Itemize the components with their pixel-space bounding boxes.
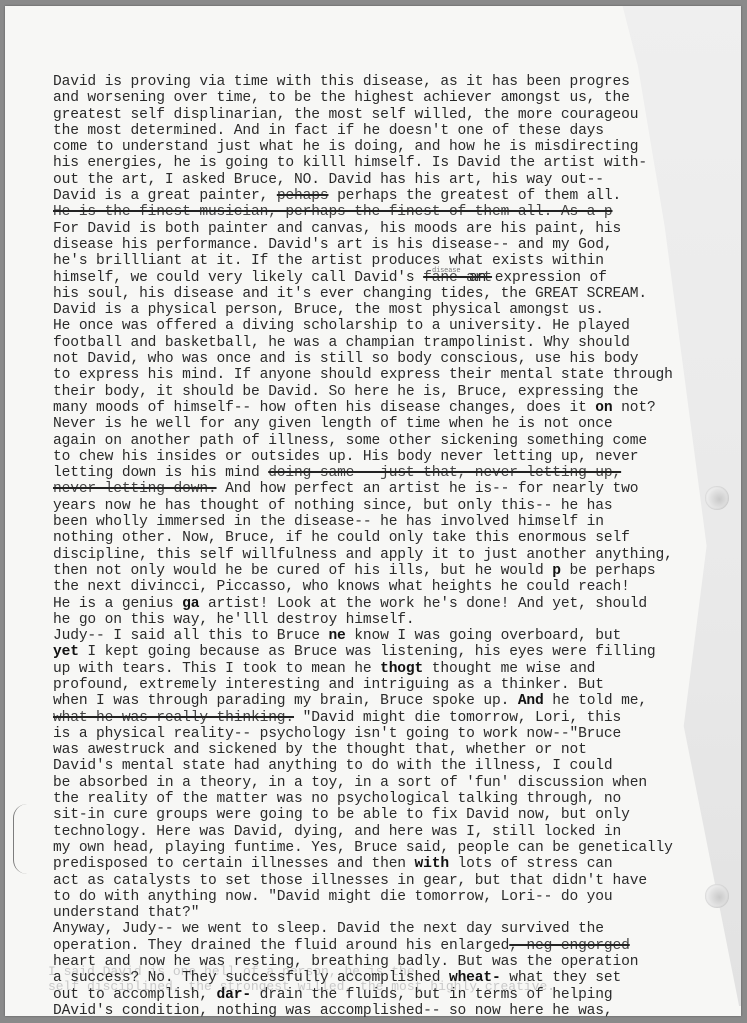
text-segment: operation. They drained the fluid around… (53, 938, 509, 954)
struck-text: never letting down. (53, 481, 217, 497)
text-line: he's brillliant at it. If the artist pro… (53, 253, 673, 269)
text-segment: a success? No. They successfully accompl… (53, 970, 449, 986)
text-segment: come to understand just what he is doing… (53, 139, 638, 155)
text-line: to chew his insides or outsides up. His … (53, 449, 673, 465)
text-segment: the most determined. And in fact if he d… (53, 123, 604, 139)
overtyped-text: on (595, 400, 612, 416)
text-segment: disease his performance. David's art is … (53, 237, 613, 253)
text-segment: He is a genius (53, 596, 182, 612)
text-segment: discipline, this self willfulness and ap… (53, 547, 673, 563)
text-line: to do with anything now. "David might di… (53, 889, 673, 905)
text-line: a success? No. They successfully accompl… (53, 970, 673, 986)
text-segment: their body, it should be David. So here … (53, 384, 638, 400)
punch-hole (705, 486, 729, 510)
text-line: his energies, he is going to killl himse… (53, 155, 673, 171)
text-line: not David, who was once and is still so … (53, 351, 673, 367)
margin-bracket-mark (13, 804, 32, 874)
text-line: Anyway, Judy-- we went to sleep. David t… (53, 921, 673, 937)
text-line: sit-in cure groups were going to be able… (53, 807, 673, 823)
struck-text: pehaps (277, 188, 329, 204)
text-line: the reality of the matter was no psychol… (53, 791, 673, 807)
text-segment: Judy-- I said all this to Bruce (53, 628, 328, 644)
text-segment: greatest self displinarian, the most sel… (53, 107, 638, 123)
text-segment: to express his mind. If anyone should ex… (53, 367, 673, 383)
struck-text: what he was really thinking. (53, 710, 294, 726)
text-line: then not only would he be cured of his i… (53, 563, 673, 579)
overtyped-text: p (552, 563, 561, 579)
text-line: Never is he well for any given length of… (53, 416, 673, 432)
text-line: years now he has thought of nothing sinc… (53, 498, 673, 514)
text-line: he go on this way, he'lll destroy himsel… (53, 612, 673, 628)
text-segment: act as catalysts to set those illnesses … (53, 873, 647, 889)
overtyped-text: dar- (217, 987, 251, 1003)
text-segment: my own head, playing funtime. Yes, Bruce… (53, 840, 673, 856)
punch-hole (705, 884, 729, 908)
text-line: to express his mind. If anyone should ex… (53, 367, 673, 383)
text-segment: what they set (501, 970, 622, 986)
text-line: out the art, I asked Bruce, NO. David ha… (53, 172, 673, 188)
text-line: what he was really thinking. "David migh… (53, 710, 673, 726)
overtyped-text: And (518, 693, 544, 709)
text-segment: And how perfect an artist he is-- for ne… (217, 481, 639, 497)
text-segment: up with tears. This I took to mean he (53, 661, 380, 677)
text-segment: not David, who was once and is still so … (53, 351, 638, 367)
text-segment: the reality of the matter was no psychol… (53, 791, 621, 807)
text-line: operation. They drained the fluid around… (53, 938, 673, 954)
text-segment: when I was through parading my brain, Br… (53, 693, 518, 709)
text-segment: thought me wise and (423, 661, 595, 677)
text-line: when I was through parading my brain, Br… (53, 693, 673, 709)
text-line: my own head, playing funtime. Yes, Bruce… (53, 840, 673, 856)
text-segment: to chew his insides or outsides up. His … (53, 449, 638, 465)
text-segment: perhaps the greatest of them all. (328, 188, 621, 204)
text-line: letting down is his mind doing same-- ju… (53, 465, 673, 481)
text-segment: artist! Look at the work he's done! And … (199, 596, 647, 612)
text-line: nothing other. Now, Bruce, if he could o… (53, 530, 673, 546)
overtyped-text: yet (53, 644, 79, 660)
text-line: is a physical reality-- psychology isn't… (53, 726, 673, 742)
text-line: been wholly immersed in the disease-- he… (53, 514, 673, 530)
handwritten-insert: disease (432, 267, 460, 275)
text-segment: years now he has thought of nothing sinc… (53, 498, 613, 514)
text-segment: DAvid's condition, nothing was accomplis… (53, 1003, 613, 1019)
struck-text: He is the finest musician, perhaps the f… (53, 204, 613, 220)
text-line: come to understand just what he is doing… (53, 139, 673, 155)
text-segment: lots of stress can (449, 856, 613, 872)
overtyped-text: ga (182, 596, 199, 612)
text-line: David's mental state had anything to do … (53, 758, 673, 774)
overtyped-text: wheat- (449, 970, 501, 986)
text-segment: For David is both painter and canvas, hi… (53, 221, 621, 237)
text-line: himself, we could very likely call David… (53, 270, 673, 286)
text-line: David is proving via time with this dise… (53, 74, 673, 90)
text-line: disease his performance. David's art is … (53, 237, 673, 253)
struck-text: doing same-- just that, never letting up… (268, 465, 621, 481)
text-segment: sit-in cure groups were going to be able… (53, 807, 630, 823)
text-segment: David is proving via time with this dise… (53, 74, 630, 90)
text-segment: out to accomplish, (53, 987, 217, 1003)
text-segment: many moods of himself-- how often his di… (53, 400, 595, 416)
text-segment: he's brillliant at it. If the artist pro… (53, 253, 604, 269)
text-segment: profound, extremely interesting and intr… (53, 677, 604, 693)
text-segment: the next divincci, Piccasso, who knows w… (53, 579, 630, 595)
text-segment: predisposed to certain illnesses and the… (53, 856, 415, 872)
overtyped-text: ne (328, 628, 345, 644)
text-segment: then not only would he be cured of his i… (53, 563, 552, 579)
text-line: greatest self displinarian, the most sel… (53, 107, 673, 123)
text-segment: heart and now he was resting, breathing … (53, 954, 638, 970)
text-segment: he go on this way, he'lll destroy himsel… (53, 612, 415, 628)
text-line: be absorbed in a theory, in a toy, in a … (53, 775, 673, 791)
text-segment: understand that?" (53, 905, 199, 921)
text-segment: been wholly immersed in the disease-- he… (53, 514, 604, 530)
text-segment: technology. Here was David, dying, and h… (53, 824, 621, 840)
typewritten-body: David is proving via time with this dise… (53, 74, 673, 1019)
text-segment: be absorbed in a theory, in a toy, in a … (53, 775, 647, 791)
text-segment: his energies, he is going to killl himse… (53, 155, 647, 171)
text-line: DAvid's condition, nothing was accomplis… (53, 1003, 673, 1019)
text-line: football and basketball, he was a champi… (53, 335, 673, 351)
text-line: He is the finest musician, perhaps the f… (53, 204, 673, 220)
text-segment: David's mental state had anything to do … (53, 758, 613, 774)
text-segment: his soul, his disease and it's ever chan… (53, 286, 647, 302)
overtyped-text: with (415, 856, 449, 872)
text-line: was awestruck and sickened by the though… (53, 742, 673, 758)
text-line: act as catalysts to set those illnesses … (53, 873, 673, 889)
text-segment: nothing other. Now, Bruce, if he could o… (53, 530, 630, 546)
text-line: discipline, this self willfulness and ap… (53, 547, 673, 563)
text-segment: know I was going overboard, but (346, 628, 621, 644)
text-line: He once was offered a diving scholarship… (53, 318, 673, 334)
text-segment: David is a great painter, (53, 188, 277, 204)
text-segment: and worsening over time, to be the highe… (53, 90, 630, 106)
text-line: the most determined. And in fact if he d… (53, 123, 673, 139)
text-segment: is a physical reality-- psychology isn't… (53, 726, 621, 742)
text-line: up with tears. This I took to mean he th… (53, 661, 673, 677)
text-line: understand that?" (53, 905, 673, 921)
text-segment: be perhaps (561, 563, 656, 579)
text-segment: he told me, (544, 693, 647, 709)
text-line: Judy-- I said all this to Bruce ne know … (53, 628, 673, 644)
text-line: their body, it should be David. So here … (53, 384, 673, 400)
text-segment: Never is he well for any given length of… (53, 416, 613, 432)
text-line: many moods of himself-- how often his di… (53, 400, 673, 416)
text-line: out to accomplish, dar- drain the fluids… (53, 987, 673, 1003)
struck-text: , neg engorged (509, 938, 630, 954)
text-line: heart and now he was resting, breathing … (53, 954, 673, 970)
text-segment: out the art, I asked Bruce, NO. David ha… (53, 172, 604, 188)
text-segment: drain the fluids, but in terms of helpin… (251, 987, 613, 1003)
text-line: David is a great painter, pehaps perhaps… (53, 188, 673, 204)
text-line: yet I kept going because as Bruce was li… (53, 644, 673, 660)
text-line: predisposed to certain illnesses and the… (53, 856, 673, 872)
text-line: and worsening over time, to be the highe… (53, 90, 673, 106)
text-segment: I kept going because as Bruce was listen… (79, 644, 656, 660)
text-line: never letting down. And how perfect an a… (53, 481, 673, 497)
text-segment: David is a physical person, Bruce, the m… (53, 302, 604, 318)
text-segment: letting down is his mind (53, 465, 268, 481)
overtyped-text: thogt (380, 661, 423, 677)
text-line: For David is both painter and canvas, hi… (53, 221, 673, 237)
text-segment: to do with anything now. "David might di… (53, 889, 613, 905)
text-line: profound, extremely interesting and intr… (53, 677, 673, 693)
text-segment: an expression of (460, 270, 606, 286)
text-segment: not? (613, 400, 656, 416)
text-line: He is a genius ga artist! Look at the wo… (53, 596, 673, 612)
text-segment: again on another path of illness, some o… (53, 433, 647, 449)
text-line: again on another path of illness, some o… (53, 433, 673, 449)
text-segment: Anyway, Judy-- we went to sleep. David t… (53, 921, 604, 937)
text-segment: football and basketball, he was a champi… (53, 335, 630, 351)
text-segment: was awestruck and sickened by the though… (53, 742, 587, 758)
text-segment: himself, we could very likely call David… (53, 270, 423, 286)
text-line: David is a physical person, Bruce, the m… (53, 302, 673, 318)
text-line: technology. Here was David, dying, and h… (53, 824, 673, 840)
text-line: his soul, his disease and it's ever chan… (53, 286, 673, 302)
text-segment: He once was offered a diving scholarship… (53, 318, 630, 334)
text-line: the next divincci, Piccasso, who knows w… (53, 579, 673, 595)
scanned-page: I said David is one hell of a person, he… (5, 6, 741, 1016)
text-segment: "David might die tomorrow, Lori, this (294, 710, 621, 726)
